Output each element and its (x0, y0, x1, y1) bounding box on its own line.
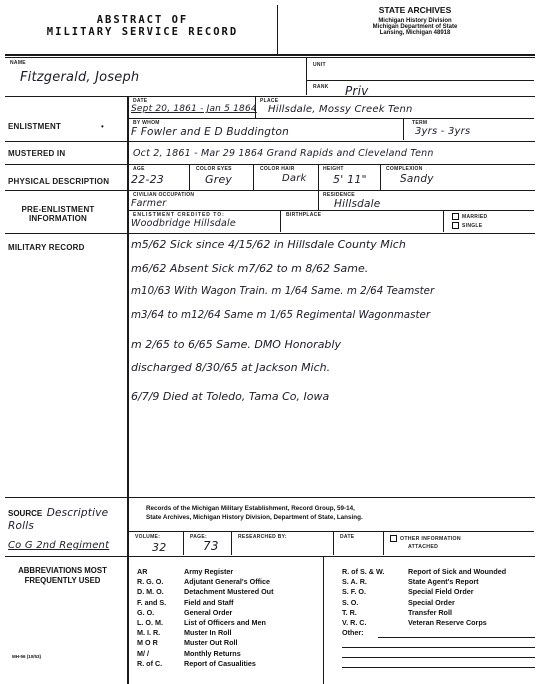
enlistment-mid-rule (128, 118, 534, 119)
abbreviation-left-abbr: L. O. M. (137, 618, 166, 628)
researched-by-label: RESEARCHED BY: (238, 534, 287, 540)
abbreviation-left-abbr: G. O. (137, 608, 166, 618)
name-unit-divider (306, 57, 307, 95)
record-line-4: m3/64 to m12/64 Same m 1/65 Regimental W… (131, 309, 430, 321)
abbreviation-right-abbr: S. F. O. (342, 587, 384, 597)
height-value[interactable]: 5' 11" (333, 173, 367, 186)
citation-rule (128, 531, 534, 532)
date-place-divider (255, 96, 256, 118)
abbreviation-left-abbr: R. of C. (137, 659, 166, 669)
eyes-hair-divider (253, 164, 254, 190)
abbreviation-left-meaning: Muster In Roll (184, 628, 273, 638)
abbreviation-left-meaning: Report of Casualities (184, 659, 273, 669)
abbreviation-right-meaning: Transfer Roll (408, 608, 506, 618)
name-label: NAME (10, 60, 26, 66)
researched-date-divider (333, 531, 334, 555)
married-label: MARRIED (462, 214, 487, 220)
married-option[interactable]: MARRIED (452, 213, 487, 220)
abbreviation-left-meaning: Muster Out Roll (184, 638, 273, 648)
term-value[interactable]: 3yrs - 3yrs (415, 126, 470, 137)
source-value-3[interactable]: Co G 2nd Regiment (8, 540, 109, 551)
records-line-1: Records of the Michigan Military Establi… (146, 504, 363, 513)
record-line-6: discharged 8/30/65 at Jackson Mich. (131, 361, 330, 374)
mustered-in-value[interactable]: Oct 2, 1861 - Mar 29 1864 Grand Rapids a… (133, 148, 434, 159)
abbreviation-left-abbr: F. and S. (137, 598, 166, 608)
abbreviation-left-meaning: Detachment Mustered Out (184, 587, 273, 597)
abbreviation-left-abbr: M O R (137, 638, 166, 648)
age-label: AGE (133, 166, 145, 172)
record-line-5: m 2/65 to 6/65 Same. DMO Honorably (131, 338, 341, 351)
abbreviation-right-meaning: Special Field Order (408, 587, 506, 597)
pre-enlistment-label-2: INFORMATION (8, 214, 108, 223)
height-complexion-divider (380, 164, 381, 190)
single-label: SINGLE (462, 223, 482, 229)
abbreviations-heading-1: ABBREVIATIONS MOST (10, 566, 115, 576)
enlistment-label: ENLISTMENT (8, 122, 61, 131)
other-info-label-2: ATTACHED (408, 544, 461, 550)
pre-enlistment-label-1: PRE-ENLISTMENT (8, 205, 108, 214)
source-value-1[interactable]: Descriptive (47, 507, 109, 519)
abbreviations-heading: ABBREVIATIONS MOST FREQUENTLY USED (10, 566, 115, 585)
mustered-rule (5, 164, 535, 165)
page-value[interactable]: 73 (203, 539, 219, 553)
abbreviation-left-meaning: Monthly Returns (184, 649, 273, 659)
eyes-value[interactable]: Grey (205, 173, 232, 186)
age-eyes-divider (189, 164, 190, 190)
married-checkbox[interactable] (452, 213, 459, 220)
abbreviation-left-meaning: Army Register (184, 567, 273, 577)
record-line-3: m10/63 With Wagon Train. m 1/64 Same. m … (131, 285, 434, 297)
abbreviation-right-abbr: V. R. C. (342, 618, 384, 628)
header-rule-2 (5, 57, 535, 58)
abbreviation-left-abbr: AR (137, 567, 166, 577)
records-line-2: State Archives, Michigan History Divisio… (146, 513, 363, 522)
other-info-label-1: OTHER INFORMATION (400, 536, 461, 542)
enlistment-dot: • (101, 122, 104, 131)
other-line-4[interactable] (342, 667, 535, 668)
enlistment-date-value[interactable]: Sept 20, 1861 - Jan 5 1864 (131, 104, 257, 114)
rank-label: RANK (313, 84, 329, 90)
credited-birthplace-divider (280, 210, 281, 232)
physical-description-label: PHYSICAL DESCRIPTION (8, 177, 109, 186)
hair-value[interactable]: Dark (282, 173, 307, 184)
abbreviation-left-abbr: D. M. O. (137, 587, 166, 597)
birthplace-label: BIRTHPLACE (286, 212, 321, 218)
volume-label: VOLUME: (135, 534, 160, 540)
residence-value[interactable]: Hillsdale (334, 198, 380, 210)
abbreviation-left-abbr: M. I. R. (137, 628, 166, 638)
hair-label: COLOR HAIR (260, 166, 295, 172)
military-record-label: MILITARY RECORD (8, 243, 85, 252)
date-label: DATE (340, 534, 354, 540)
title-line-1: ABSTRACT OF (20, 14, 265, 26)
source-rule (5, 556, 535, 557)
title-line-2: MILITARY SERVICE RECORD (20, 26, 265, 38)
eyes-label: COLOR EYES (196, 166, 232, 172)
name-rule (5, 96, 535, 97)
abbreviation-left-abbr: M/ / (137, 649, 166, 659)
birthplace-marital-divider (443, 210, 444, 232)
other-info-checkbox[interactable] (390, 535, 397, 542)
source-label: SOURCE (8, 509, 42, 518)
record-line-2: m6/62 Absent Sick m7/62 to m 8/62 Same. (131, 262, 368, 275)
credited-value[interactable]: Woodbridge Hillsdale (131, 218, 236, 229)
pre-enlistment-rule (5, 233, 535, 234)
hair-height-divider (318, 164, 319, 190)
abbr-left-meanings: Army RegisterAdjutant General's OfficeDe… (184, 567, 273, 669)
abbreviation-left-meaning: Adjutant General's Office (184, 577, 273, 587)
age-value[interactable]: 22-23 (131, 173, 164, 186)
abbreviations-divider (323, 556, 324, 684)
label-column-divider (127, 96, 129, 684)
abbreviation-left-meaning: List of Officers and Men (184, 618, 273, 628)
other-line-2[interactable] (342, 647, 535, 648)
abbreviation-right-meaning: Veteran Reserve Corps (408, 618, 506, 628)
abbreviation-right-abbr: S. A. R. (342, 577, 384, 587)
abbreviation-right-abbr: T. R. (342, 608, 384, 618)
abbr-left-codes: ARR. G. O.D. M. O.F. and S.G. O.L. O. M.… (137, 567, 166, 669)
occupation-rule (128, 210, 534, 211)
other-line-3[interactable] (342, 657, 535, 658)
enlistment-rule (5, 141, 535, 142)
by-whom-value[interactable]: F Fowler and E D Buddington (131, 126, 289, 138)
by-whom-term-divider (403, 118, 404, 140)
name-value[interactable]: Fitzgerald, Joseph (20, 70, 139, 85)
source-block: SOURCE Descriptive (8, 503, 126, 521)
abbreviation-right-abbr: S. O. (342, 598, 384, 608)
archives-line-3: Lansing, Michigan 48918 (290, 30, 540, 36)
enlistment-place-value[interactable]: Hillsdale, Mossy Creek Tenn (268, 104, 413, 115)
abbreviations-heading-2: FREQUENTLY USED (10, 576, 115, 586)
other-line-1[interactable] (378, 637, 535, 638)
form-number: MH-56 (10/53) (12, 654, 41, 659)
pre-enlistment-label: PRE-ENLISTMENT INFORMATION (8, 205, 108, 223)
abbr-right-meanings: Report of Sick and WoundedState Agent's … (408, 567, 506, 628)
military-record-rule (5, 497, 535, 498)
record-line-7: 6/7/9 Died at Toledo, Tama Co, Iowa (131, 390, 329, 403)
page-researched-divider (231, 531, 232, 555)
abbreviation-right-meaning: State Agent's Report (408, 577, 506, 587)
abbreviation-left-meaning: Field and Staff (184, 598, 273, 608)
source-value-2[interactable]: Rolls (8, 520, 34, 532)
volume-value[interactable]: 32 (152, 541, 166, 554)
abbreviation-right-meaning: Special Order (408, 598, 506, 608)
complexion-value[interactable]: Sandy (400, 173, 434, 185)
complexion-label: COMPLEXION (386, 166, 423, 172)
single-checkbox[interactable] (452, 222, 459, 229)
unit-rank-rule (306, 80, 534, 81)
archives-title: STATE ARCHIVES (290, 5, 540, 15)
physical-rule (5, 190, 535, 191)
header-rule (5, 54, 535, 56)
single-option[interactable]: SINGLE (452, 222, 482, 229)
height-label: HEIGHT (323, 166, 344, 172)
mustered-in-label: MUSTERED IN (8, 149, 65, 158)
record-line-1: m5/62 Sick since 4/15/62 in Hillsdale Co… (131, 238, 406, 251)
other-info-option[interactable]: OTHER INFORMATION ATTACHED (390, 535, 461, 550)
abbreviation-right-abbr: R. of S. & W. (342, 567, 384, 577)
abbreviation-right-meaning: Report of Sick and Wounded (408, 567, 506, 577)
header-divider (277, 5, 278, 55)
date-other-divider (383, 531, 384, 555)
volume-page-divider (183, 531, 184, 555)
abbreviation-left-abbr: R. G. O. (137, 577, 166, 587)
other-label: Other: (342, 628, 364, 638)
abbr-right-codes: R. of S. & W.S. A. R.S. F. O.S. O.T. R.V… (342, 567, 384, 628)
occupation-value[interactable]: Farmer (131, 198, 166, 209)
records-citation: Records of the Michigan Military Establi… (146, 504, 363, 522)
archives-block: STATE ARCHIVES Michigan History Division… (290, 5, 540, 36)
occupation-residence-divider (318, 190, 319, 210)
abbreviation-left-meaning: General Order (184, 608, 273, 618)
unit-label: UNIT (313, 62, 326, 68)
form-title: ABSTRACT OF MILITARY SERVICE RECORD (20, 14, 265, 38)
